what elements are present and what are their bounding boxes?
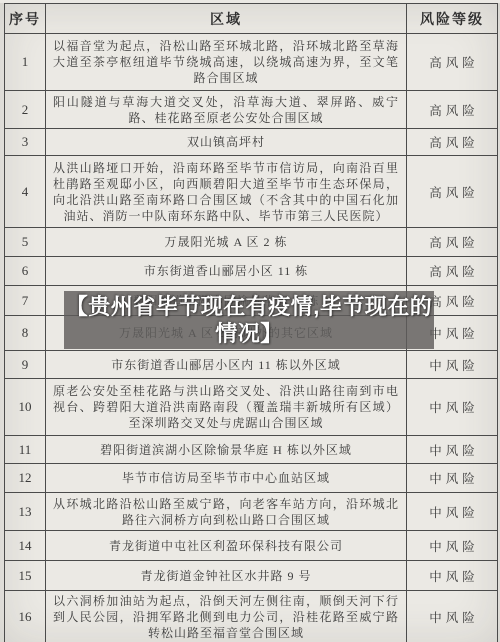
row-area-description: 市东街道香山郦居小区内 11 栋以外区域 (46, 351, 407, 379)
table-row: 10原老公安处至桂花路与洪山路交叉处、沿洪山路往南到市电视台、跨碧阳大道沿洪南路… (5, 379, 498, 436)
table-row: 9市东街道香山郦居小区内 11 栋以外区域中风险 (5, 351, 498, 379)
header-serial-number: 序号 (5, 4, 46, 34)
row-area-description: 从环城北路沿松山路至威宁路，向老客车站方向，沿环城北路往六洞桥方向到松山路口合围… (46, 493, 407, 531)
table-row: 1以福音堂为起点，沿松山路至环城北路，沿环城北路至草海大道至茶亭枢纽道毕节绕城高… (5, 34, 498, 91)
row-area-description: 原老公安处至桂花路与洪山路交叉处、沿洪山路往南到市电视台、跨碧阳大道沿洪南路南段… (46, 379, 407, 436)
row-serial-number: 11 (5, 436, 46, 464)
table-row: 16以六洞桥加油站为起点，沿倒天河左侧往南，顺倒天河下行到人民公园，沿拥军路北侧… (5, 591, 498, 642)
row-area-description: 以六洞桥加油站为起点，沿倒天河左侧往南，顺倒天河下行到人民公园，沿拥军路北侧到电… (46, 591, 407, 642)
header-area: 区域 (46, 4, 407, 34)
row-area-description: 青龙街道金钟社区水井路 9 号 (46, 561, 407, 591)
row-risk-level: 高风险 (407, 91, 498, 129)
row-risk-level: 中风险 (407, 436, 498, 464)
row-risk-level: 中风险 (407, 351, 498, 379)
row-risk-level: 高风险 (407, 228, 498, 257)
row-risk-level: 中风险 (407, 531, 498, 561)
table-row: 14青龙街道中屯社区利盈环保科技有限公司中风险 (5, 531, 498, 561)
row-serial-number: 8 (5, 316, 46, 351)
row-area-description: 市东街道香山郦居小区 11 栋 (46, 257, 407, 286)
watermark-caption-line2: 情况】 (215, 320, 283, 347)
row-serial-number: 14 (5, 531, 46, 561)
row-serial-number: 3 (5, 129, 46, 156)
row-risk-level: 中风险 (407, 561, 498, 591)
watermark-caption: 【贵州省毕节现在有疫情,毕节现在的 情况】 (64, 291, 434, 349)
row-area-description: 从洪山路垭口开始，沿南环路至毕节市信访局，向南沿百里杜鹃路至观邸小区，向西顺碧阳… (46, 156, 407, 228)
row-risk-level: 高风险 (407, 257, 498, 286)
table-row: 13从环城北路沿松山路至威宁路，向老客车站方向，沿环城北路往六洞桥方向到松山路口… (5, 493, 498, 531)
table-row: 15青龙街道金钟社区水井路 9 号中风险 (5, 561, 498, 591)
table-row: 4从洪山路垭口开始，沿南环路至毕节市信访局，向南沿百里杜鹃路至观邸小区，向西顺碧… (5, 156, 498, 228)
row-area-description: 阳山隧道与草海大道交叉处，沿草海大道、翠屏路、威宁路、桂花路至原老公安处合围区域 (46, 91, 407, 129)
row-serial-number: 1 (5, 34, 46, 91)
row-risk-level: 中风险 (407, 379, 498, 436)
row-serial-number: 12 (5, 464, 46, 493)
row-risk-level: 高风险 (407, 129, 498, 156)
row-serial-number: 4 (5, 156, 46, 228)
header-risk-level: 风险等级 (407, 4, 498, 34)
row-risk-level: 中风险 (407, 493, 498, 531)
row-serial-number: 9 (5, 351, 46, 379)
table-row: 5万晟阳光城 A 区 2 栋高风险 (5, 228, 498, 257)
row-area-description: 碧阳街道滨湖小区除愉景华庭 H 栋以外区域 (46, 436, 407, 464)
row-serial-number: 10 (5, 379, 46, 436)
table-row: 2阳山隧道与草海大道交叉处，沿草海大道、翠屏路、威宁路、桂花路至原老公安处合围区… (5, 91, 498, 129)
row-serial-number: 6 (5, 257, 46, 286)
table-row: 6市东街道香山郦居小区 11 栋高风险 (5, 257, 498, 286)
row-area-description: 毕节市信访局至毕节市中心血站区域 (46, 464, 407, 493)
row-serial-number: 15 (5, 561, 46, 591)
row-serial-number: 13 (5, 493, 46, 531)
table-header-row: 序号 区域 风险等级 (5, 4, 498, 34)
row-serial-number: 16 (5, 591, 46, 642)
row-risk-level: 高风险 (407, 156, 498, 228)
risk-area-document: 序号 区域 风险等级 1以福音堂为起点，沿松山路至环城北路，沿环城北路至草海大道… (0, 3, 500, 642)
row-risk-level: 高风险 (407, 34, 498, 91)
row-area-description: 双山镇高坪村 (46, 129, 407, 156)
row-serial-number: 2 (5, 91, 46, 129)
row-area-description: 以福音堂为起点，沿松山路至环城北路，沿环城北路至草海大道至茶亭枢纽道毕节绕城高速… (46, 34, 407, 91)
row-area-description: 万晟阳光城 A 区 2 栋 (46, 228, 407, 257)
table-row: 12毕节市信访局至毕节市中心血站区域中风险 (5, 464, 498, 493)
row-serial-number: 7 (5, 286, 46, 316)
row-risk-level: 中风险 (407, 591, 498, 642)
row-serial-number: 5 (5, 228, 46, 257)
watermark-caption-line1: 【贵州省毕节现在有疫情,毕节现在的 (66, 293, 433, 320)
row-area-description: 青龙街道中屯社区利盈环保科技有限公司 (46, 531, 407, 561)
table-row: 3双山镇高坪村高风险 (5, 129, 498, 156)
table-row: 11碧阳街道滨湖小区除愉景华庭 H 栋以外区域中风险 (5, 436, 498, 464)
row-risk-level: 中风险 (407, 464, 498, 493)
